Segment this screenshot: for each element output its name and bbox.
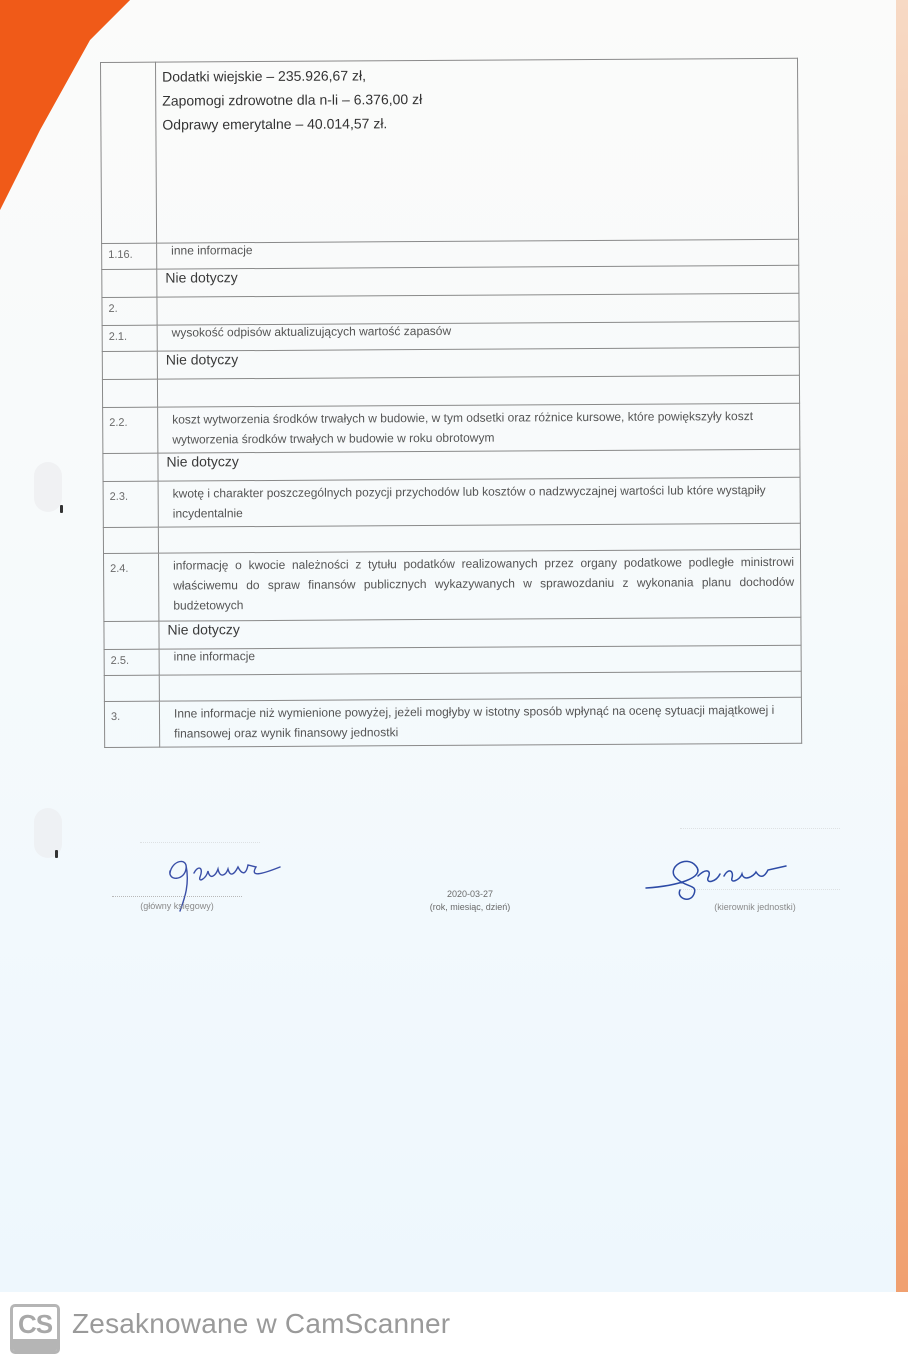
chief-accountant-block: (główny księgowy) [112, 896, 242, 911]
right-page-edge [894, 0, 908, 1292]
row-text [159, 671, 801, 701]
date-block: 2020-03-27 (rok, miesiąc, dzień) [410, 888, 530, 914]
row-number [102, 269, 157, 297]
table-row: 2.3. kwotę i charakter poszczególnych po… [103, 477, 800, 527]
row-value: Nie dotyczy [157, 265, 799, 297]
row-text: koszt wytworzenia środków trwałych w bud… [158, 403, 800, 453]
notes-table: Dodatki wiejskie – 235.926,67 zł, Zapomo… [100, 58, 802, 748]
table-row: Nie dotyczy [102, 347, 799, 379]
camscanner-footer: CS Zesaknowane w CamScanner [0, 1292, 908, 1362]
row-text [158, 523, 800, 553]
row-number [103, 453, 158, 481]
row-value: Nie dotyczy [157, 347, 799, 379]
punch-hole-top [34, 462, 62, 512]
row-number: 2.4. [104, 553, 159, 621]
row-number [104, 675, 159, 701]
scanned-page-area: Dodatki wiejskie – 235.926,67 zł, Zapomo… [0, 0, 908, 1292]
row-text [157, 293, 799, 325]
unit-manager-block: (kierownik jednostki) [690, 902, 820, 912]
chief-accountant-caption: (główny księgowy) [112, 901, 242, 911]
signature-unit-manager [636, 848, 806, 908]
table-row: Nie dotyczy [104, 617, 801, 649]
row-text: Inne informacje niż wymienione powyżej, … [159, 697, 801, 747]
row-number: 1.16. [102, 243, 157, 269]
table-row: Nie dotyczy [102, 265, 799, 297]
table-row: 3. Inne informacje niż wymienione powyże… [104, 697, 801, 747]
table-row [102, 375, 799, 407]
row-text: inne informacje [159, 645, 801, 675]
punch-mark-top [60, 505, 63, 513]
row-text: wysokość odpisów aktualizujących wartość… [157, 321, 799, 351]
row-number [103, 527, 158, 553]
row-number [102, 379, 157, 407]
camscanner-logo-icon: CS [10, 1304, 60, 1354]
row-number [102, 351, 157, 379]
row-text: kwotę i charakter poszczególnych pozycji… [158, 477, 800, 527]
logo-bar [13, 1339, 57, 1351]
row-number [104, 621, 159, 649]
signature-line [112, 896, 242, 897]
row-value: Nie dotyczy [159, 617, 801, 649]
table-row: Nie dotyczy [103, 449, 800, 481]
unit-manager-caption: (kierownik jednostki) [690, 902, 820, 912]
row-number: 2.5. [104, 649, 159, 675]
table-row: Dodatki wiejskie – 235.926,67 zł, Zapomo… [101, 58, 799, 243]
row-number: 2. [102, 297, 157, 325]
amount-line: Odprawy emerytalne – 40.014,57 zł. [162, 109, 791, 137]
camscanner-watermark: Zesaknowane w CamScanner [72, 1308, 450, 1340]
date-caption: (rok, miesiąc, dzień) [410, 901, 530, 914]
row-number [101, 62, 157, 243]
row-number: 2.1. [102, 325, 157, 351]
row-number: 3. [104, 701, 159, 747]
row-number: 2.2. [103, 407, 158, 453]
row-text: informację o kwocie należności z tytułu … [159, 549, 801, 621]
punch-mark-bottom [55, 850, 58, 858]
amounts-cell: Dodatki wiejskie – 235.926,67 zł, Zapomo… [156, 58, 799, 243]
signing-date: 2020-03-27 [410, 888, 530, 901]
row-number: 2.3. [103, 481, 158, 527]
row-text [157, 375, 799, 407]
row-text: inne informacje [157, 239, 799, 269]
table-row: 2.2. koszt wytworzenia środków trwałych … [103, 403, 800, 453]
table-row: 2. [102, 293, 799, 325]
row-value: Nie dotyczy [158, 449, 800, 481]
logo-text: CS [13, 1309, 57, 1340]
table-row: 2.4. informację o kwocie należności z ty… [104, 549, 801, 621]
